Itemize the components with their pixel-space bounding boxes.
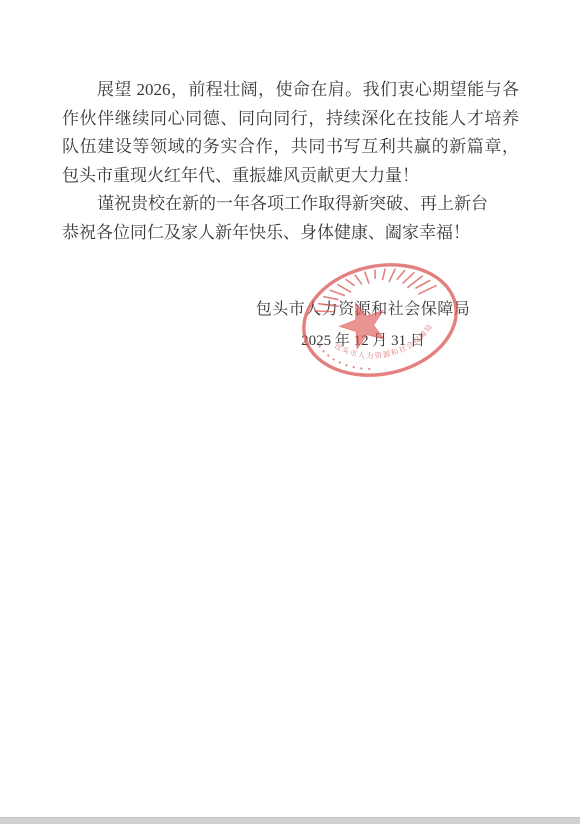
signature-block: 包头市人力资源和社会保障局 2025 年 12 月 31 日 (212, 298, 514, 352)
letter-body: 展望 2026，前程壮阔，使命在肩。我们衷心期望能与各合 作伙伴继续同心同德、同… (62, 76, 519, 247)
page-bottom-edge (0, 817, 580, 824)
paragraph2-line2: 恭祝各位同仁及家人新年快乐、身体健康、阖家幸福！ (62, 219, 519, 248)
signature-date: 2025 年 12 月 31 日 (212, 330, 514, 352)
paragraph1-line3: 队伍建设等领域的务实合作，共同书写互利共赢的新篇章，为 (62, 133, 519, 162)
paragraph1-line2: 作伙伴继续同心同德、同向同行，持续深化在技能人才培养及 (62, 105, 519, 134)
letter-page: 展望 2026，前程壮阔，使命在肩。我们衷心期望能与各合 作伙伴继续同心同德、同… (0, 0, 580, 824)
paragraph1-line4: 包头市重现火红年代、重振雄风贡献更大力量！ (62, 162, 519, 191)
signature-organization: 包头市人力资源和社会保障局 (212, 298, 514, 322)
paragraph1-line1: 展望 2026，前程壮阔，使命在肩。我们衷心期望能与各合 (62, 76, 519, 105)
paragraph2-line1: 谨祝贵校在新的一年各项工作取得新突破、再上新台阶！ (62, 190, 519, 219)
